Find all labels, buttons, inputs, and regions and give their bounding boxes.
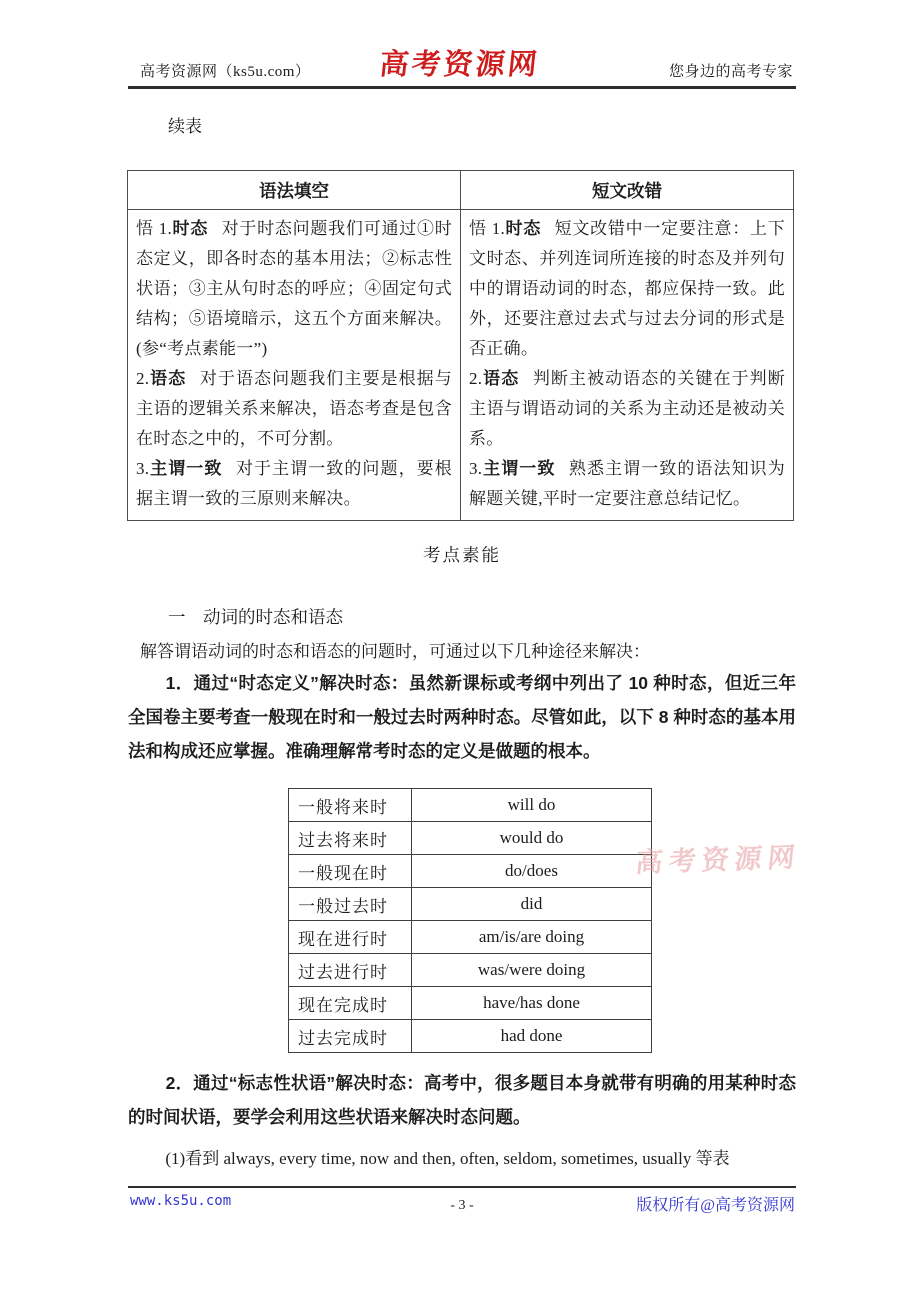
- table-row: 现在进行时am/is/are doing: [289, 921, 652, 954]
- tense-form: was/were doing: [412, 954, 652, 987]
- document-page: 高考资源网（ks5u.com） 高考资源网 您身边的高考专家 续表 语法填空 短…: [0, 0, 920, 1302]
- header-slogan: 您身边的高考专家: [669, 60, 793, 81]
- watermark: 高考资源网: [634, 835, 803, 880]
- column-header-grammar-fill: 语法填空: [128, 171, 461, 210]
- tense-name: 现在进行时: [289, 921, 412, 954]
- list-item: 2.语态判断主被动语态的关键在于判断主语与谓语动词的关系为主动还是被动关系。: [469, 364, 785, 454]
- paragraph-time-adverbial: 2．通过“标志性状语”解决时态：高考中，很多题目本身就带有明确的用某种时态的时间…: [128, 1066, 796, 1134]
- paragraph-tense-definition: 1．通过“时态定义”解决时态：虽然新课标或考纲中列出了 10 种时态，但近三年全…: [128, 666, 796, 768]
- tense-name: 过去将来时: [289, 822, 412, 855]
- tense-form: have/has done: [412, 987, 652, 1020]
- item-prefix: 2.: [136, 369, 149, 388]
- table-body-row: 悟 1.时态对于时态问题我们可通过①时态定义，即各时态的基本用法；②标志性状语；…: [128, 210, 794, 521]
- tense-form: had done: [412, 1020, 652, 1053]
- column-header-error-correct: 短文改错: [461, 171, 794, 210]
- tense-table: 一般将来时will do 过去将来时would do 一般现在时do/does …: [288, 788, 652, 1053]
- intro-text: 解答谓语动词的时态和语态的问题时，可通过以下几种途径来解决：: [140, 637, 650, 662]
- item-term: 主谓一致: [149, 459, 222, 478]
- grammar-comparison-table: 语法填空 短文改错 悟 1.时态对于时态问题我们可通过①时态定义，即各时态的基本…: [127, 170, 794, 521]
- item-term: 主谓一致: [482, 459, 555, 478]
- tense-form: am/is/are doing: [412, 921, 652, 954]
- list-item: 悟 1.时态短文改错中一定要注意：上下文时态、并列连词所连接的时态及并列句中的谓…: [469, 214, 785, 364]
- header-divider: [128, 86, 796, 89]
- item-prefix: 悟 1.: [469, 219, 505, 238]
- item-prefix: 2.: [469, 369, 482, 388]
- table-row: 一般将来时will do: [289, 789, 652, 822]
- tense-form: did: [412, 888, 652, 921]
- tense-name: 一般将来时: [289, 789, 412, 822]
- table-row: 一般过去时did: [289, 888, 652, 921]
- table-row: 过去完成时had done: [289, 1020, 652, 1053]
- item-prefix: 悟 1.: [136, 219, 172, 238]
- tense-name: 过去进行时: [289, 954, 412, 987]
- subsection-heading: 一 动词的时态和语态: [168, 604, 343, 629]
- item-term: 时态: [172, 219, 208, 238]
- tense-form: will do: [412, 789, 652, 822]
- table-row: 现在完成时have/has done: [289, 987, 652, 1020]
- tense-name: 一般过去时: [289, 888, 412, 921]
- continued-table-label: 续表: [168, 112, 202, 137]
- footer-divider: [128, 1186, 796, 1188]
- grammar-fill-cell: 悟 1.时态对于时态问题我们可通过①时态定义，即各时态的基本用法；②标志性状语；…: [128, 210, 461, 521]
- table-row: 过去将来时would do: [289, 822, 652, 855]
- tense-form: do/does: [412, 855, 652, 888]
- table-row: 一般现在时do/does: [289, 855, 652, 888]
- list-item: 2.语态对于语态问题我们主要是根据与主语的逻辑关系来解决，语态考查是包含在时态之…: [136, 364, 452, 454]
- item-prefix: 3.: [469, 459, 482, 478]
- footer-copyright: 版权所有@高考资源网: [636, 1192, 795, 1215]
- item-prefix: 3.: [136, 459, 149, 478]
- item-term: 语态: [482, 369, 519, 388]
- list-item: 3.主谓一致熟悉主谓一致的语法知识为解题关键,平时一定要注意总结记忆。: [469, 454, 785, 514]
- list-item: 3.主谓一致对于主谓一致的问题，要根据主谓一致的三原则来解决。: [136, 454, 452, 514]
- tense-form: would do: [412, 822, 652, 855]
- error-correct-cell: 悟 1.时态短文改错中一定要注意：上下文时态、并列连词所连接的时态及并列句中的谓…: [461, 210, 794, 521]
- tense-name: 过去完成时: [289, 1020, 412, 1053]
- list-item: 悟 1.时态对于时态问题我们可通过①时态定义，即各时态的基本用法；②标志性状语；…: [136, 214, 452, 364]
- item-text: 对于时态问题我们可通过①时态定义，即各时态的基本用法；②标志性状语；③主从句时态…: [136, 219, 452, 358]
- paragraph-adverb-examples: (1)看到 always, every time, now and then, …: [128, 1144, 796, 1169]
- item-text: 短文改错中一定要注意：上下文时态、并列连词所连接的时态及并列句中的谓语动词的时态…: [469, 219, 785, 358]
- table-header-row: 语法填空 短文改错: [128, 171, 794, 210]
- tense-name: 现在完成时: [289, 987, 412, 1020]
- tense-name: 一般现在时: [289, 855, 412, 888]
- item-term: 时态: [505, 219, 541, 238]
- section-heading: 考点素能: [128, 542, 796, 567]
- item-term: 语态: [149, 369, 186, 388]
- table-row: 过去进行时was/were doing: [289, 954, 652, 987]
